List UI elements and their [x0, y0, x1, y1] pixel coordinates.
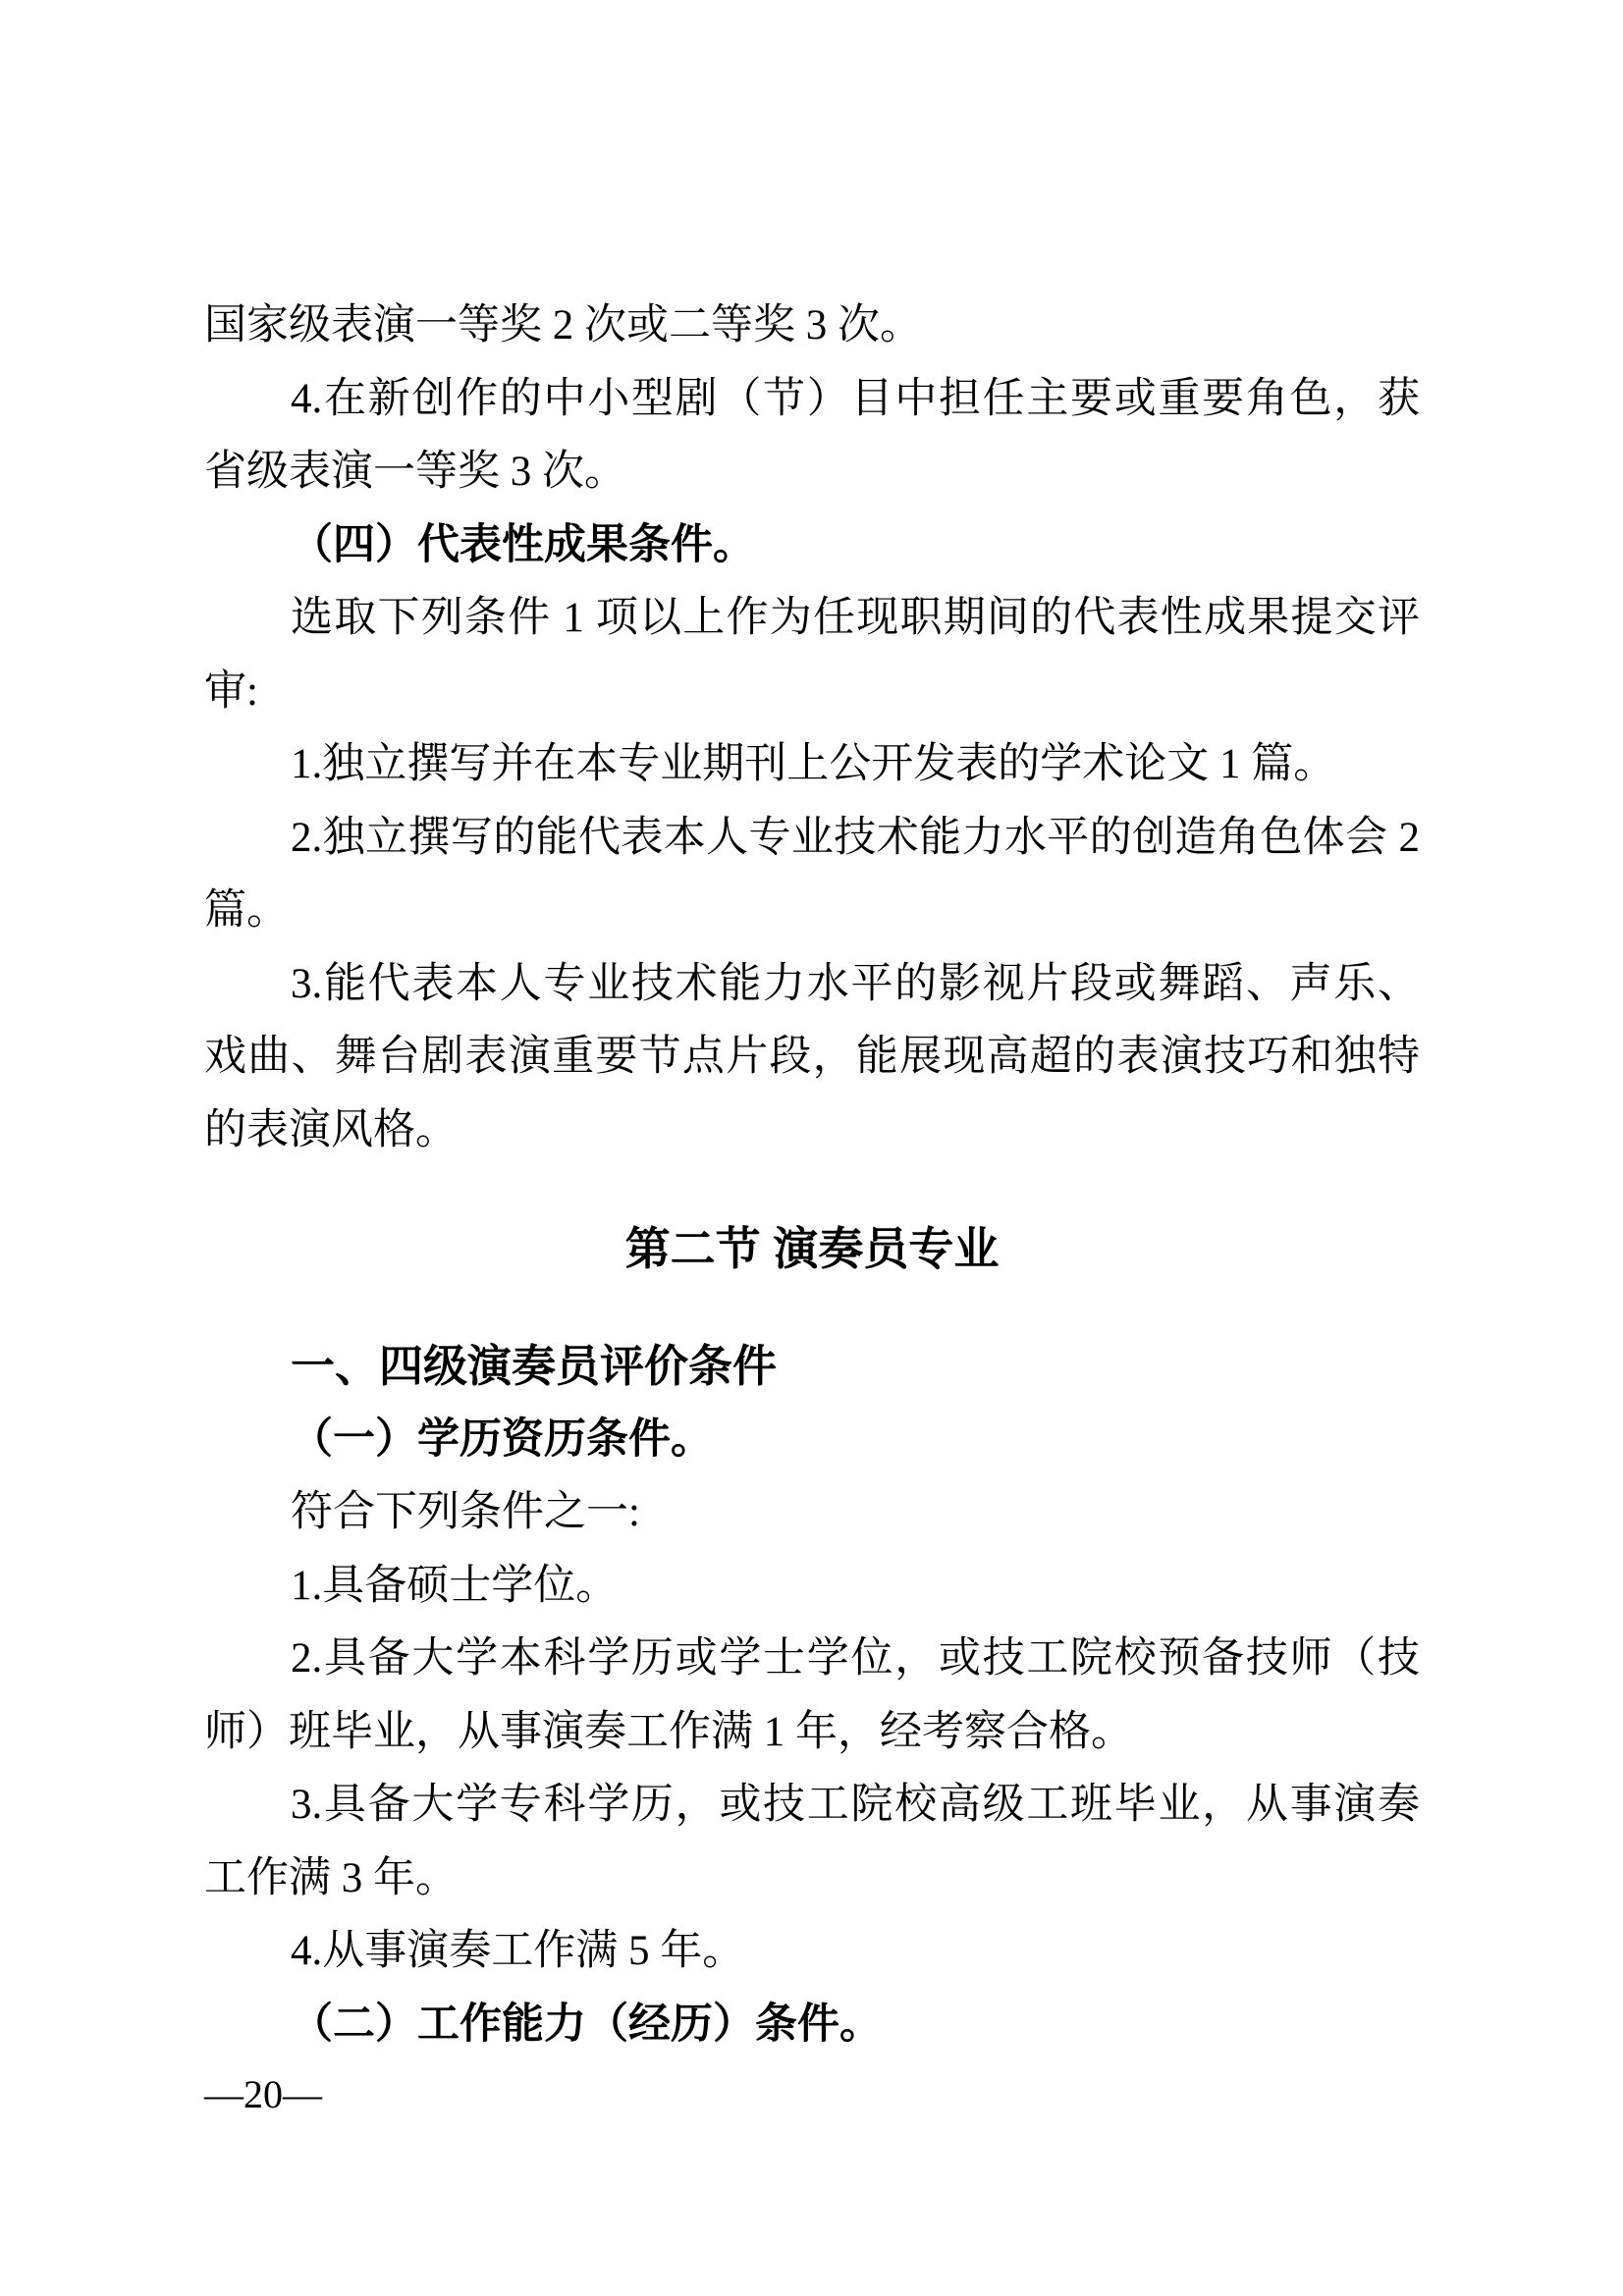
body-paragraph: 4.在新创作的中小型剧（节）目中担任主要或重要角色，获省级表演一等奖 3 次。: [204, 363, 1420, 509]
body-paragraph: 2.具备大学本科学历或学士学位，或技工院校预备技师（技师）班毕业，从事演奏工作满…: [204, 1623, 1420, 1769]
section-heading: 第二节 演奏员专业: [204, 1212, 1420, 1285]
body-paragraph: 国家级表演一等奖 2 次或二等奖 3 次。: [204, 290, 1420, 363]
body-paragraph: 3.具备大学专科学历，或技工院校高级工班毕业，从事演奏工作满 3 年。: [204, 1769, 1420, 1915]
body-paragraph: 3.能代表本人专业技术能力水平的影视片段或舞蹈、声乐、戏曲、舞台剧表演重要节点片…: [204, 948, 1420, 1168]
body-paragraph: 1.具备硕士学位。: [204, 1550, 1420, 1624]
clause-heading-2: （二）工作能力（经历）条件。: [204, 1989, 1420, 2062]
body-paragraph: 4.从事演奏工作满 5 年。: [204, 1915, 1420, 1989]
body-paragraph: 选取下列条件 1 项以上作为任现职期间的代表性成果提交评审:: [204, 582, 1420, 728]
body-paragraph: 符合下列条件之一:: [204, 1476, 1420, 1550]
document-page: 国家级表演一等奖 2 次或二等奖 3 次。 4.在新创作的中小型剧（节）目中担任…: [0, 0, 1623, 2296]
body-paragraph: 2.独立撰写的能代表本人专业技术能力水平的创造角色体会 2 篇。: [204, 802, 1420, 948]
body-paragraph: 1.独立撰写并在本专业期刊上公开发表的学术论文 1 篇。: [204, 728, 1420, 802]
clause-heading-4: （四）代表性成果条件。: [204, 509, 1420, 583]
document-body: 国家级表演一等奖 2 次或二等奖 3 次。 4.在新创作的中小型剧（节）目中担任…: [204, 290, 1420, 2061]
page-number: —20—: [204, 2073, 322, 2116]
subsection-heading: 一、四级演奏员评价条件: [204, 1330, 1420, 1404]
clause-heading-1: （一）学历资历条件。: [204, 1404, 1420, 1477]
